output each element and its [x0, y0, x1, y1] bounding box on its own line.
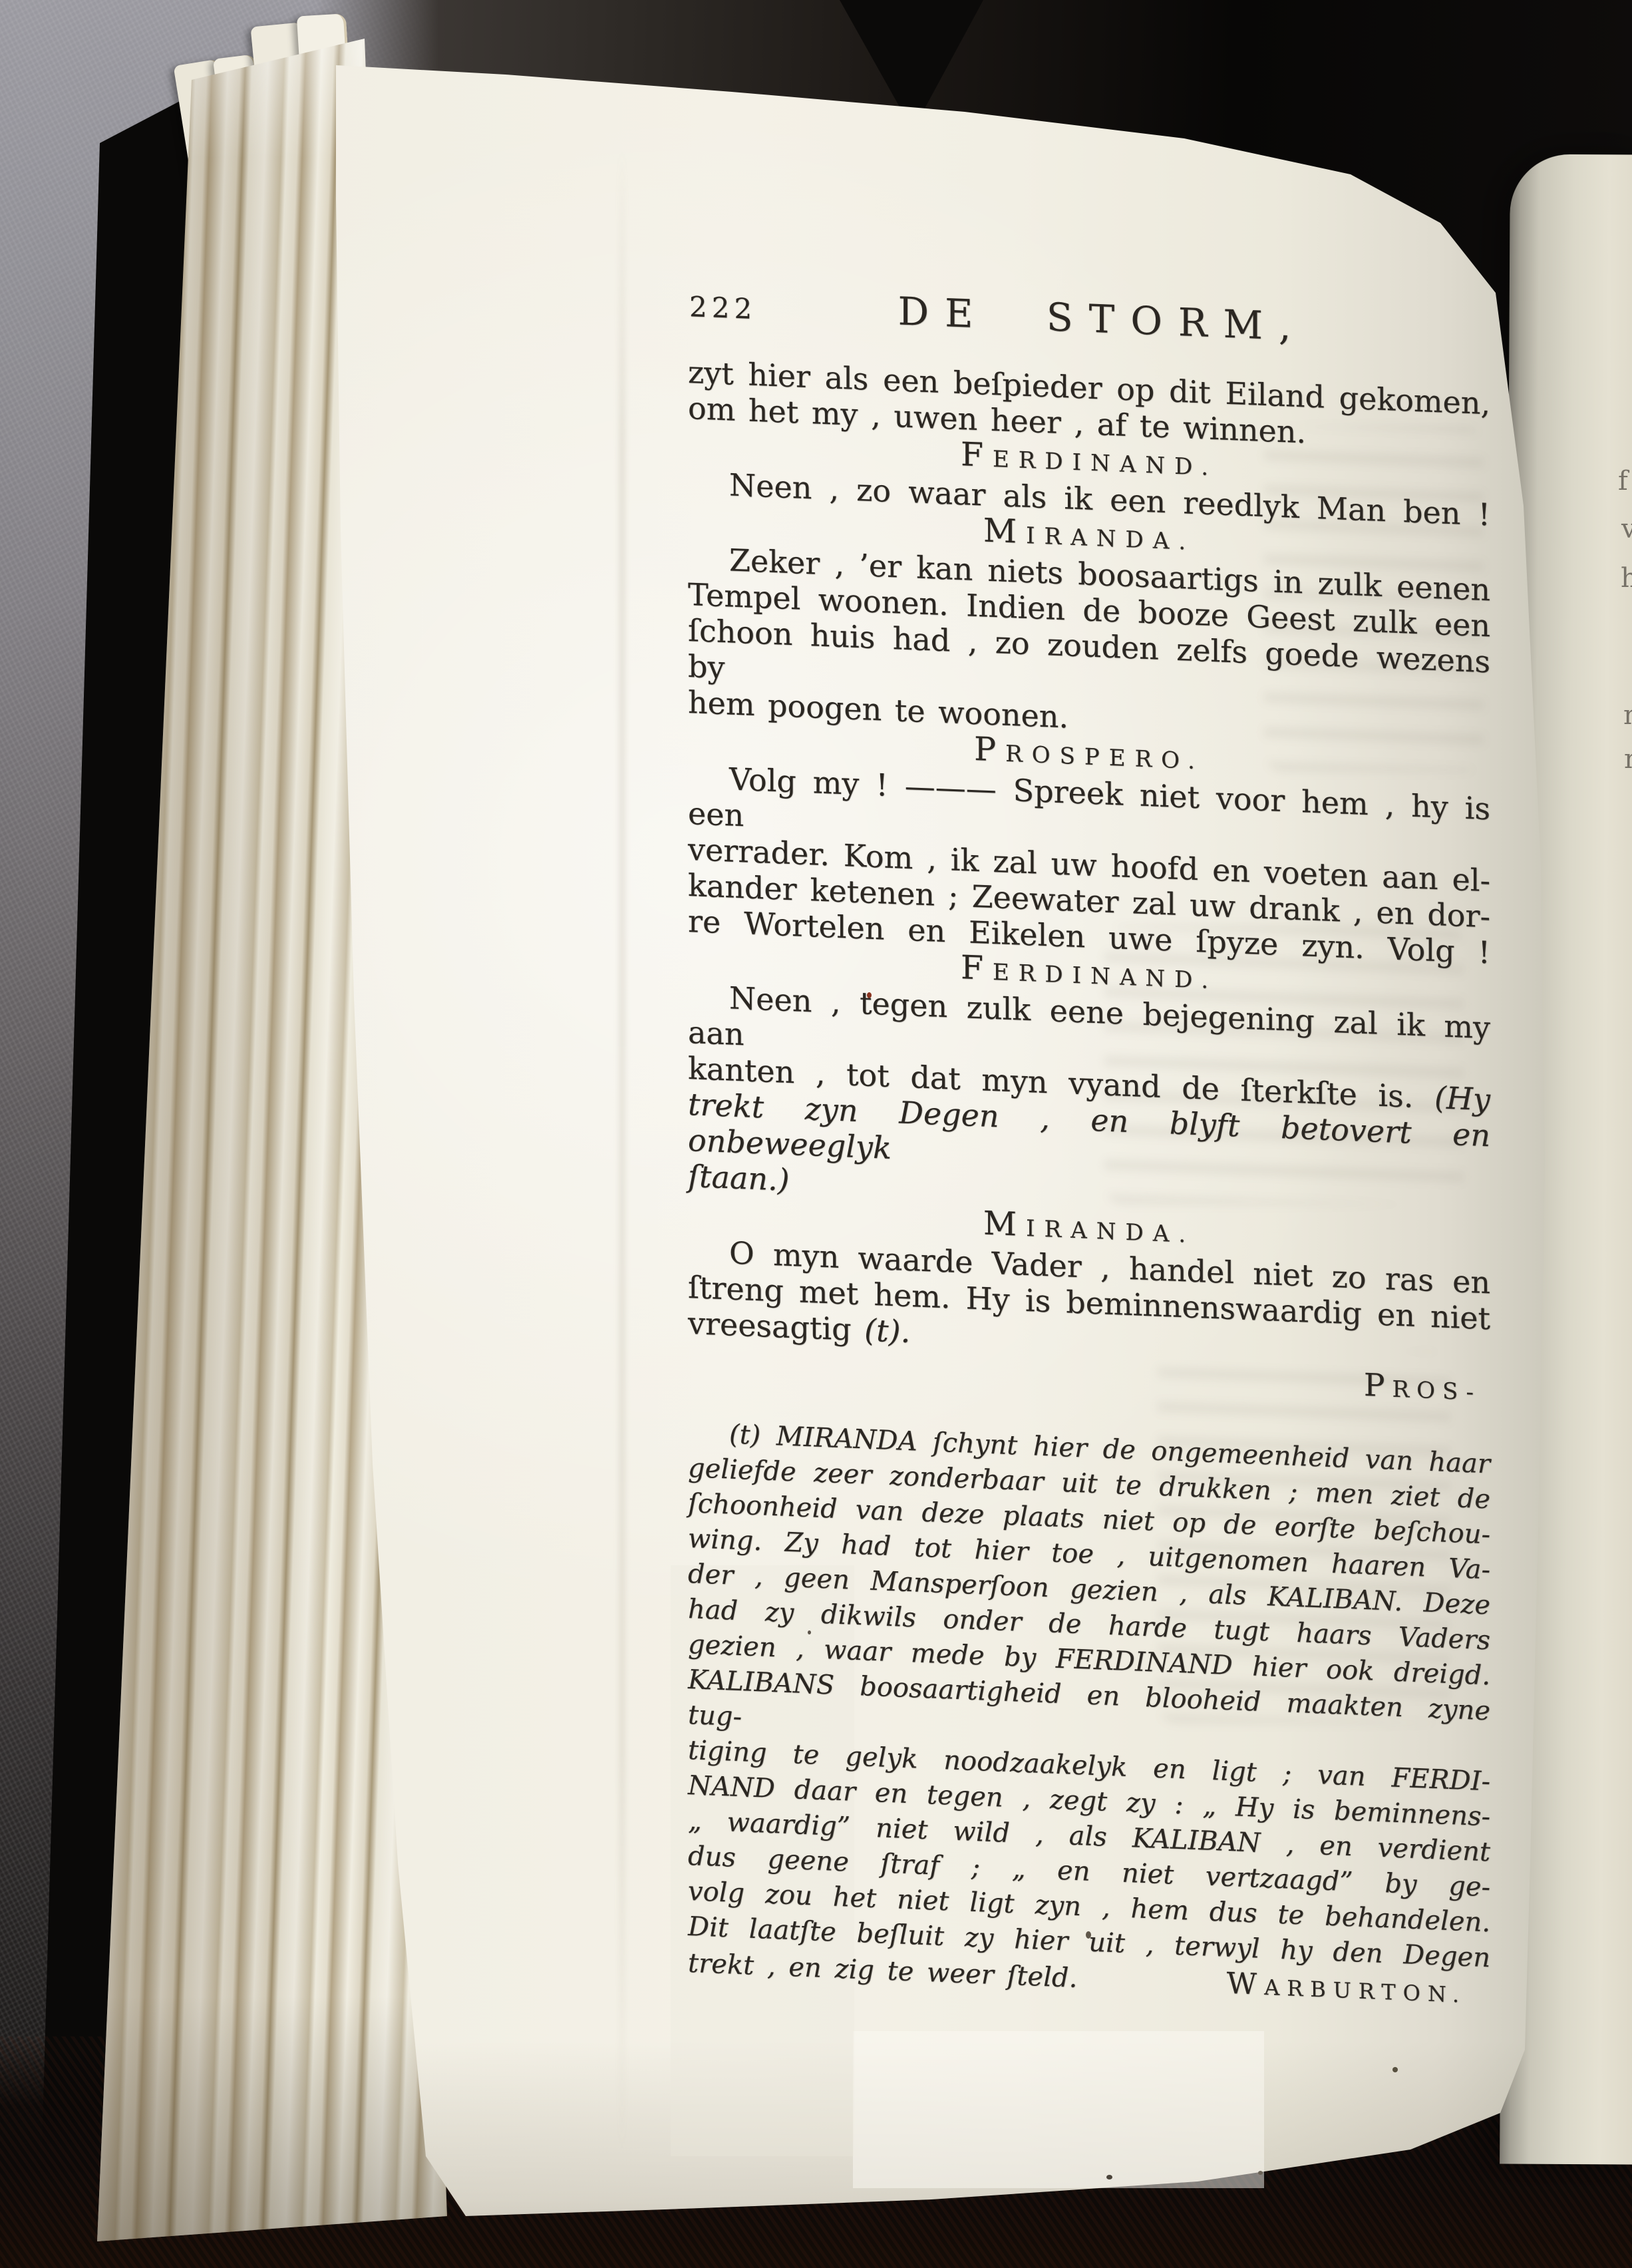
facing-page-fragment: v	[1621, 514, 1632, 544]
footnote: (t) MIRANDA ſchynt hier de ongemeenheid …	[688, 1416, 1490, 2014]
facing-page-fragment: n	[1623, 700, 1632, 731]
ink-speck	[1106, 2175, 1112, 2179]
footnote-marker: (t).	[864, 1312, 910, 1350]
page-crease	[619, 146, 625, 2156]
ink-speck	[1392, 2067, 1398, 2072]
body-line-text: vreesagtig	[688, 1305, 852, 1348]
facing-page-fragment: f	[1618, 466, 1628, 496]
stage-direction-start: (Hy	[1434, 1079, 1490, 1117]
facing-page-fragment: n	[1624, 744, 1632, 775]
page-number: 222	[689, 289, 756, 327]
facing-page-fragment: h	[1621, 563, 1632, 594]
page-text: 222 DE STORM, zyt hier als een beſpieder…	[688, 285, 1490, 2014]
book-photo: f v h n n 222 DE STORM, zyt hier als een…	[0, 0, 1632, 2268]
ink-speck	[1258, 2171, 1263, 2175]
scan-artifact	[853, 2031, 1264, 2188]
